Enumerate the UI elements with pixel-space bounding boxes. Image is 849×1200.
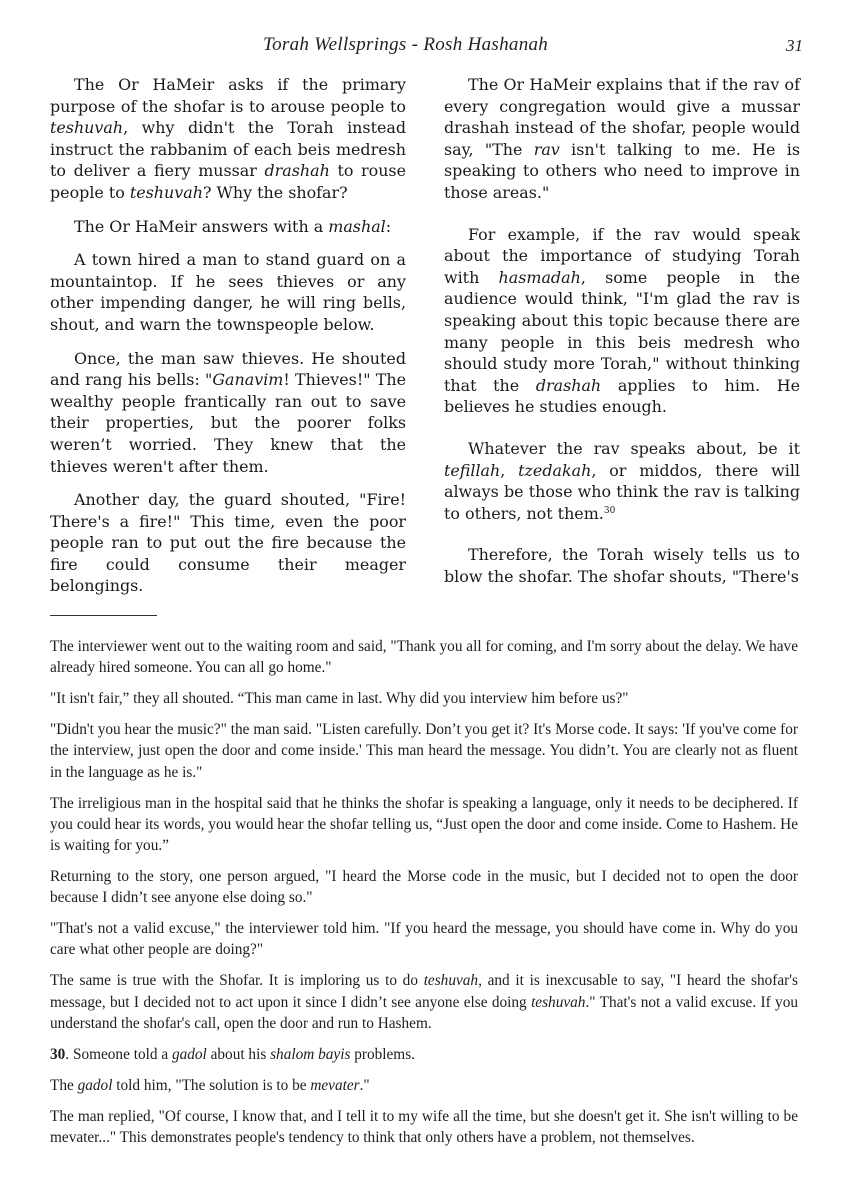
footnote-reference[interactable]: 30 xyxy=(604,506,615,516)
left-column: The Or HaMeir asks if the primary purpos… xyxy=(50,74,406,609)
footnotes: The interviewer went out to the waiting … xyxy=(50,636,798,1158)
italic-term: drashah xyxy=(536,376,601,395)
right-column: The Or HaMeir explains that if the rav o… xyxy=(444,74,800,599)
paragraph: Another day, the guard shouted, "Fire! T… xyxy=(50,489,406,597)
text: The xyxy=(50,1077,78,1094)
text: The Or HaMeir answers with a xyxy=(74,217,328,236)
italic-term: tzedakah xyxy=(518,461,591,480)
paragraph: Whatever the rav speaks about, be it tef… xyxy=(444,438,800,524)
italic-term: teshuvah xyxy=(531,994,585,1011)
paragraph: Therefore, the Torah wisely tells us to … xyxy=(444,544,800,587)
footnote-30: 30. Someone told a gadol about his shalo… xyxy=(50,1044,798,1065)
paragraph: Once, the man saw thieves. He shouted an… xyxy=(50,348,406,478)
italic-term: gadol xyxy=(78,1077,113,1094)
text: ." xyxy=(360,1077,370,1094)
paragraph: The Or HaMeir asks if the primary purpos… xyxy=(50,74,406,204)
italic-term: teshuvah xyxy=(130,183,203,202)
text: . Someone told a xyxy=(65,1046,172,1063)
paragraph: The Or HaMeir explains that if the rav o… xyxy=(444,74,800,204)
running-header: Torah Wellsprings - Rosh Hashanah 31 xyxy=(0,34,849,58)
text: : xyxy=(386,217,391,236)
footnote-paragraph: The same is true with the Shofar. It is … xyxy=(50,970,798,1034)
italic-term: tefillah xyxy=(444,461,500,480)
italic-term: shalom bayis xyxy=(270,1046,350,1063)
footnote-divider xyxy=(50,615,157,616)
italic-term: gadol xyxy=(172,1046,207,1063)
footnote-paragraph: "That's not a valid excuse," the intervi… xyxy=(50,918,798,960)
footnote-paragraph: The interviewer went out to the waiting … xyxy=(50,636,798,678)
text: Whatever the rav speaks about, be it xyxy=(468,439,800,458)
text: , xyxy=(500,461,518,480)
text: The Or HaMeir asks if the primary purpos… xyxy=(50,75,406,116)
text: told him, "The solution is to be xyxy=(112,1077,310,1094)
footnote-paragraph: "It isn't fair,” they all shouted. “This… xyxy=(50,688,798,709)
italic-term: hasmadah xyxy=(499,268,581,287)
footnote-number: 30 xyxy=(50,1046,65,1063)
italic-term: drashah xyxy=(265,161,330,180)
italic-term: teshuvah xyxy=(50,118,123,137)
text: problems. xyxy=(350,1046,415,1063)
book-title: Torah Wellsprings - Rosh Hashanah xyxy=(263,34,548,56)
page-number: 31 xyxy=(786,36,803,56)
italic-term: mashal xyxy=(328,217,386,236)
italic-term: rav xyxy=(534,140,560,159)
footnote-paragraph: The irreligious man in the hospital said… xyxy=(50,793,798,857)
footnote-paragraph: The man replied, "Of course, I know that… xyxy=(50,1106,798,1148)
italic-term: mevater xyxy=(310,1077,359,1094)
italic-term: Ganavim xyxy=(212,370,283,389)
text: about his xyxy=(207,1046,270,1063)
paragraph: A town hired a man to stand guard on a m… xyxy=(50,249,406,335)
footnote-paragraph: "Didn't you hear the music?" the man sai… xyxy=(50,719,798,783)
footnote-paragraph: The gadol told him, "The solution is to … xyxy=(50,1075,798,1096)
text: The same is true with the Shofar. It is … xyxy=(50,972,424,989)
paragraph: For example, if the rav would speak abou… xyxy=(444,224,800,418)
footnote-paragraph: Returning to the story, one person argue… xyxy=(50,866,798,908)
paragraph: The Or HaMeir answers with a mashal: xyxy=(50,216,406,238)
italic-term: teshuvah, xyxy=(424,972,482,989)
text: ? Why the shofar? xyxy=(203,183,348,202)
